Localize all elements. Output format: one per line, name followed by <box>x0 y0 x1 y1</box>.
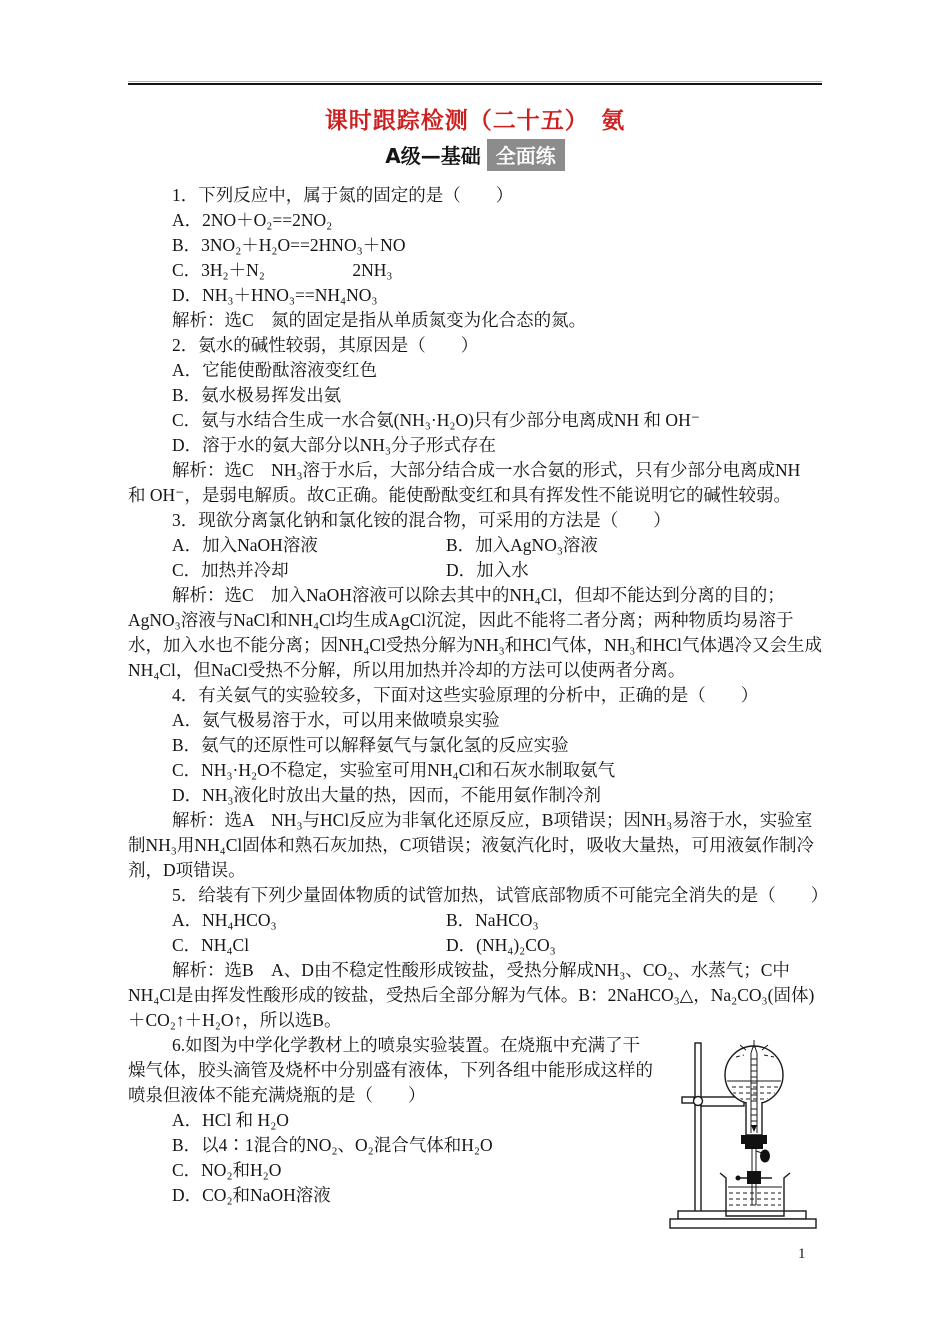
question-2-option-a: A．它能使酚酞溶液变红色 <box>128 358 822 383</box>
section-heading: A级—基础全面练 <box>128 139 822 171</box>
question-5-option-b: B．NaHCO₃ <box>446 908 822 933</box>
question-2-option-d: D．溶于水的氨大部分以NH₃分子形式存在 <box>128 433 822 458</box>
question-1-option-b: B．3NO₂＋H₂O==2HNO₃＋NO <box>128 233 822 258</box>
question-4-option-a: A．氨气极易溶于水，可以用来做喷泉实验 <box>128 708 822 733</box>
question-6: 6.如图为中学化学教材上的喷泉实验装置。在烧瓶中充满了干燥气体，胶头滴管及烧杯中… <box>128 1033 822 1230</box>
question-2-option-b: B．氨水极易挥发出氨 <box>128 383 822 408</box>
rubber-stopper <box>741 1135 767 1149</box>
question-3-option-d: D．加入水 <box>446 558 822 583</box>
question-4-option-c: C．NH₃·H₂O不稳定，实验室可用NH₄Cl和石灰水制取氨气 <box>128 758 822 783</box>
question-5-analysis: 解析：选B A、D由不稳定性酸形成铵盐，受热分解成NH₃、CO₂、水蒸气；C中N… <box>128 958 822 1033</box>
worksheet-page: { "page_number": "1", "colors": { "title… <box>0 0 950 1344</box>
question-2-option-c: C．氨与水结合生成一水合氨(NH₃·H₂O)只有少部分电离成NH 和 OH⁻ <box>128 408 822 433</box>
question-5-option-row-1: A．NH₄HCO₃ B．NaHCO₃ <box>128 908 822 933</box>
question-3-option-row-2: C．加热并冷却 D．加入水 <box>128 558 822 583</box>
question-3-option-row-1: A．加入NaOH溶液 B．加入AgNO₃溶液 <box>128 533 822 558</box>
question-5-option-d: D．(NH₄)₂CO₃ <box>446 933 822 958</box>
question-1-stem: 1．下列反应中，属于氮的固定的是（ ） <box>128 183 822 208</box>
question-2-analysis: 解析：选C NH₃溶于水后，大部分结合成一水合氨的形式，只有少部分电离成NH 和… <box>128 458 822 508</box>
question-1: 1．下列反应中，属于氮的固定的是（ ） A．2NO＋O₂==2NO₂ B．3NO… <box>128 183 822 333</box>
question-4-stem: 4．有关氨气的实验较多，下面对这些实验原理的分析中，正确的是（ ） <box>128 683 822 708</box>
question-4-option-d: D．NH₃液化时放出大量的热，因而，不能用氨作制冷剂 <box>128 783 822 808</box>
question-1-option-c: C．3H₂＋N₂ 2NH₃ <box>128 258 822 283</box>
question-5-option-a: A．NH₄HCO₃ <box>128 908 446 933</box>
question-5-stem: 5．给装有下列少量固体物质的试管加热，试管底部物质不可能完全消失的是（ ） <box>128 883 822 908</box>
question-2: 2．氨水的碱性较弱，其原因是（ ） A．它能使酚酞溶液变红色 B．氨水极易挥发出… <box>128 333 822 508</box>
page-number: 1 <box>798 1246 806 1263</box>
question-3-option-c: C．加热并冷却 <box>128 558 446 583</box>
question-4-option-b: B．氨气的还原性可以解释氨气与氯化氢的反应实验 <box>128 733 822 758</box>
question-3: 3．现欲分离氯化钠和氯化铵的混合物，可采用的方法是（ ） A．加入NaOH溶液 … <box>128 508 822 683</box>
question-4: 4．有关氨气的实验较多，下面对这些实验原理的分析中，正确的是（ ） A．氨气极易… <box>128 683 822 883</box>
question-3-option-b: B．加入AgNO₃溶液 <box>446 533 822 558</box>
section-badge: 全面练 <box>487 139 565 171</box>
questions-body: 1．下列反应中，属于氮的固定的是（ ） A．2NO＋O₂==2NO₂ B．3NO… <box>128 183 822 1230</box>
question-1-option-d: D．NH₃＋HNO₃==NH₄NO₃ <box>128 283 822 308</box>
question-2-stem: 2．氨水的碱性较弱，其原因是（ ） <box>128 333 822 358</box>
question-4-analysis: 解析：选A NH₃与HCl反应为非氧化还原反应，B项错误；因NH₃易溶于水，实验… <box>128 808 822 883</box>
question-1-analysis: 解析：选C 氮的固定是指从单质氮变为化合态的氮。 <box>128 308 822 333</box>
stopcock-clamp <box>736 1171 773 1184</box>
question-5-option-c: C．NH₄Cl <box>128 933 446 958</box>
question-3-option-a: A．加入NaOH溶液 <box>128 533 446 558</box>
question-3-stem: 3．现欲分离氯化钠和氯化铵的混合物，可采用的方法是（ ） <box>128 508 822 533</box>
page-title: 课时跟踪检测（二十五） 氨 <box>128 102 822 135</box>
page-content: 课时跟踪检测（二十五） 氨 A级—基础全面练 1．下列反应中，属于氮的固定的是（… <box>128 0 822 1230</box>
header-rule <box>128 81 822 85</box>
question-5-option-row-2: C．NH₄Cl D．(NH₄)₂CO₃ <box>128 933 822 958</box>
question-3-analysis: 解析：选C 加入NaOH溶液可以除去其中的NH₄Cl，但却不能达到分离的目的；A… <box>128 583 822 683</box>
question-5: 5．给装有下列少量固体物质的试管加热，试管底部物质不可能完全消失的是（ ） A．… <box>128 883 822 1033</box>
section-label: A级—基础 <box>385 144 480 168</box>
question-1-option-a: A．2NO＋O₂==2NO₂ <box>128 208 822 233</box>
fountain-apparatus-figure <box>662 1035 822 1230</box>
